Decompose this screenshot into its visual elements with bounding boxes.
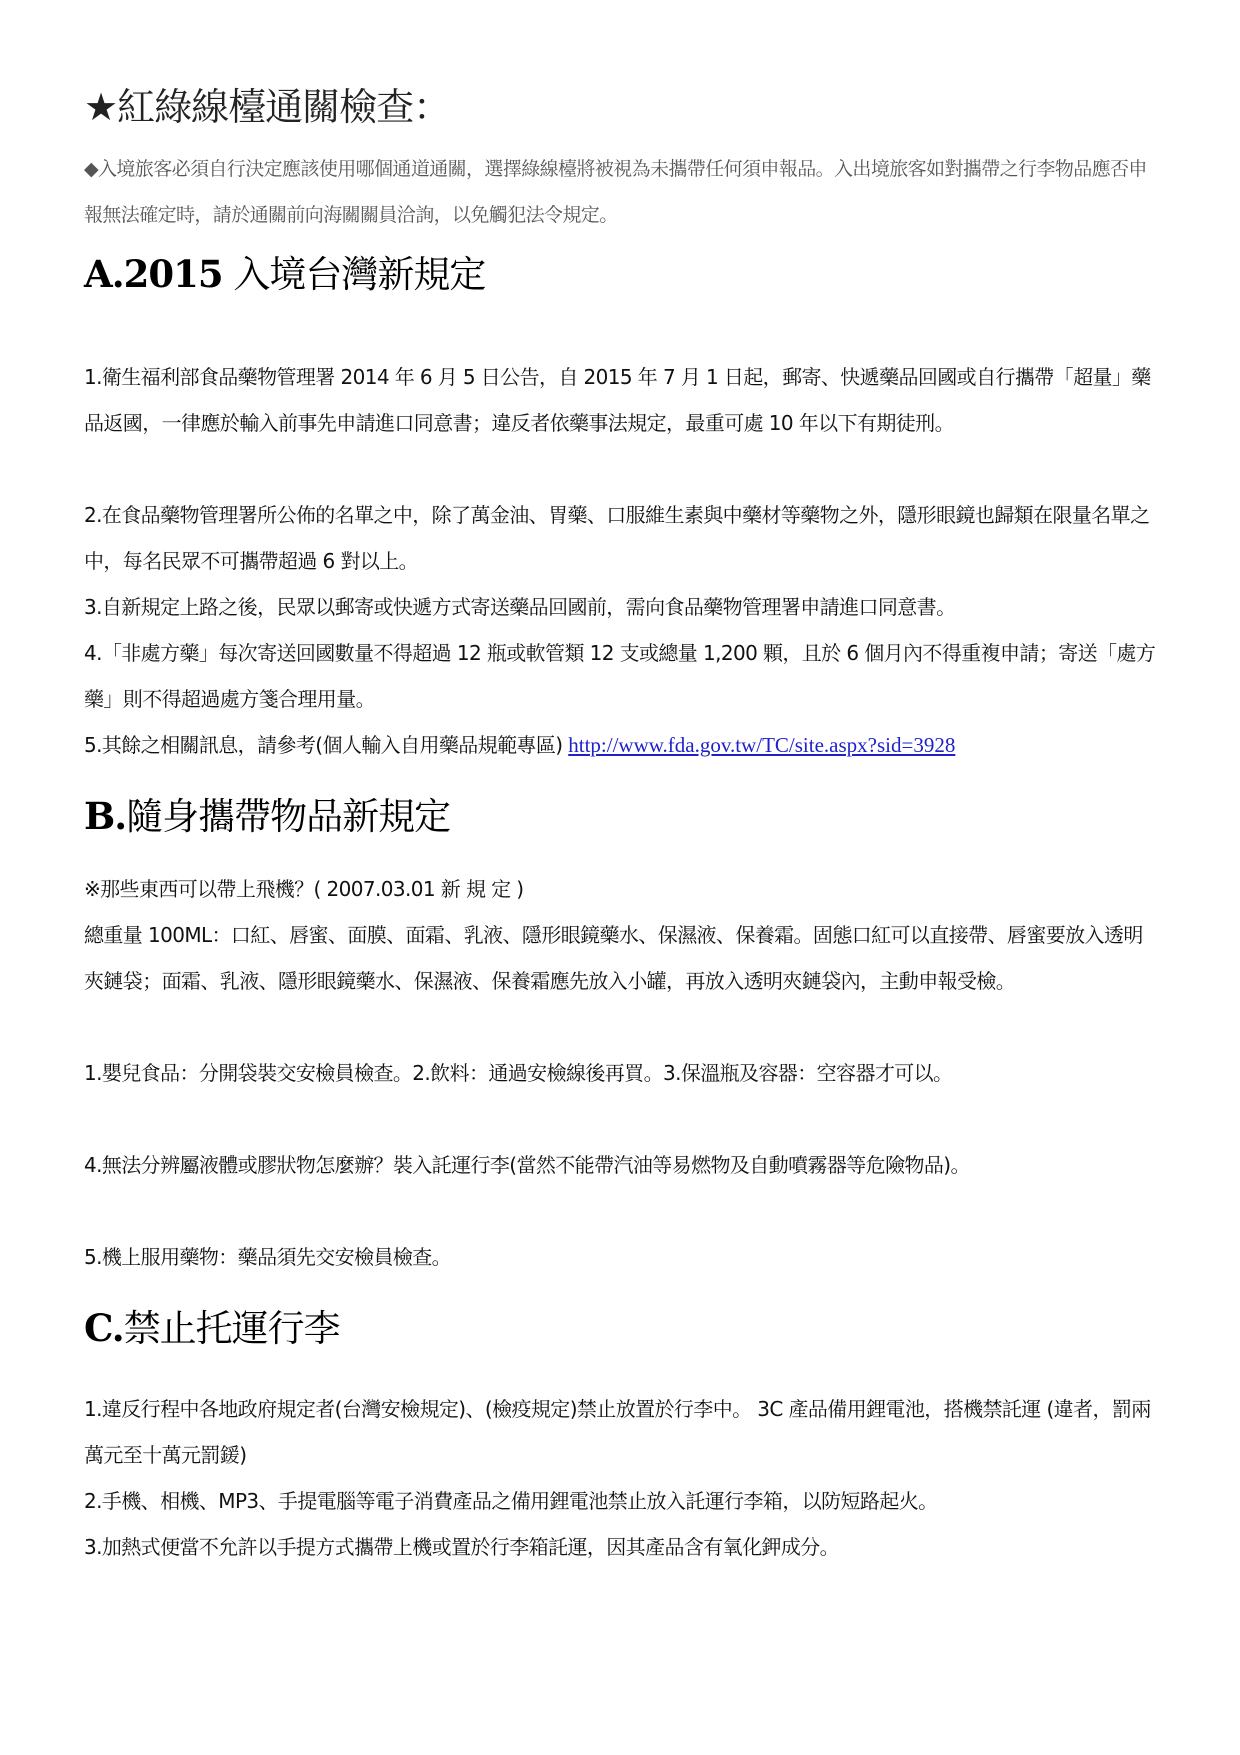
section-c-title: C.禁止托運行李 xyxy=(84,1298,340,1352)
section-a-prefix: A.2015 xyxy=(84,252,223,296)
section-a-item-2: 2.在食品藥物管理署所公佈的名單之中，除了萬金油、胃藥、口服維生素與中藥材等藥物… xyxy=(84,492,1156,584)
section-b-prefix: B. xyxy=(84,794,126,838)
page-title: ★紅綠線檯通關檢查： xyxy=(84,76,450,131)
section-b-item-weight: 總重量 100ML：口紅、唇蜜、面膜、面霜、乳液、隱形眼鏡藥水、保濕液、保養霜。… xyxy=(84,912,1156,1004)
section-c-item-1: 1.違反行程中各地政府規定者(台灣安檢規定)、(檢疫規定)禁止放置於行李中。 3… xyxy=(84,1386,1156,1478)
section-a-heading: 入境台灣新規定 xyxy=(223,253,486,296)
section-b-title: B.隨身攜帶物品新規定 xyxy=(84,786,450,840)
section-b-item-4: 4.無法分辨屬液體或膠狀物怎麼辦？裝入託運行李(當然不能帶汽油等易燃物及自動噴霧… xyxy=(84,1142,1156,1188)
section-c-prefix: C. xyxy=(84,1306,124,1350)
section-b-item-5: 5.機上服用藥物：藥品須先交安檢員檢查。 xyxy=(84,1234,1156,1280)
section-a-item-1: 1.衛生福利部食品藥物管理署 2014 年 6 月 5 日公告，自 2015 年… xyxy=(84,354,1156,446)
section-a-item-5-text: 5.其餘之相關訊息，請參考(個人輸入自用藥品規範專區) xyxy=(84,733,568,757)
section-c-item-2: 2.手機、相機、MP3、手提電腦等電子消費產品之備用鋰電池禁止放入託運行李箱，以… xyxy=(84,1478,1156,1524)
section-c-item-3: 3.加熱式便當不允許以手提方式攜帶上機或置於行李箱託運，因其產品含有氧化鉀成分。 xyxy=(84,1524,1156,1570)
section-a-item-5: 5.其餘之相關訊息，請參考(個人輸入自用藥品規範專區) http://www.f… xyxy=(84,722,1156,768)
section-a-item-4: 4.「非處方藥」每次寄送回國數量不得超過 12 瓶或軟管類 12 支或總量 1,… xyxy=(84,630,1156,722)
section-a-item-3: 3.自新規定上路之後，民眾以郵寄或快遞方式寄送藥品回國前，需向食品藥物管理署申請… xyxy=(84,584,1156,630)
section-b-note: ※那些東西可以帶上飛機？( 2007.03.01 新 規 定 ) xyxy=(84,866,1156,912)
section-b-item-1-3: 1.嬰兒食品：分開袋裝交安檢員檢查。2.飲料：通過安檢線後再買。3.保溫瓶及容器… xyxy=(84,1050,1156,1096)
fda-link[interactable]: http://www.fda.gov.tw/TC/site.aspx?sid=3… xyxy=(568,733,955,757)
intro-paragraph: ◆入境旅客必須自行決定應該使用哪個通道通關，選擇綠線檯將被視為未攜帶任何須申報品… xyxy=(84,146,1156,238)
section-c-heading: 禁止托運行李 xyxy=(124,1307,340,1350)
section-b-heading: 隨身攜帶物品新規定 xyxy=(126,795,450,838)
section-a-title: A.2015 入境台灣新規定 xyxy=(84,244,485,298)
